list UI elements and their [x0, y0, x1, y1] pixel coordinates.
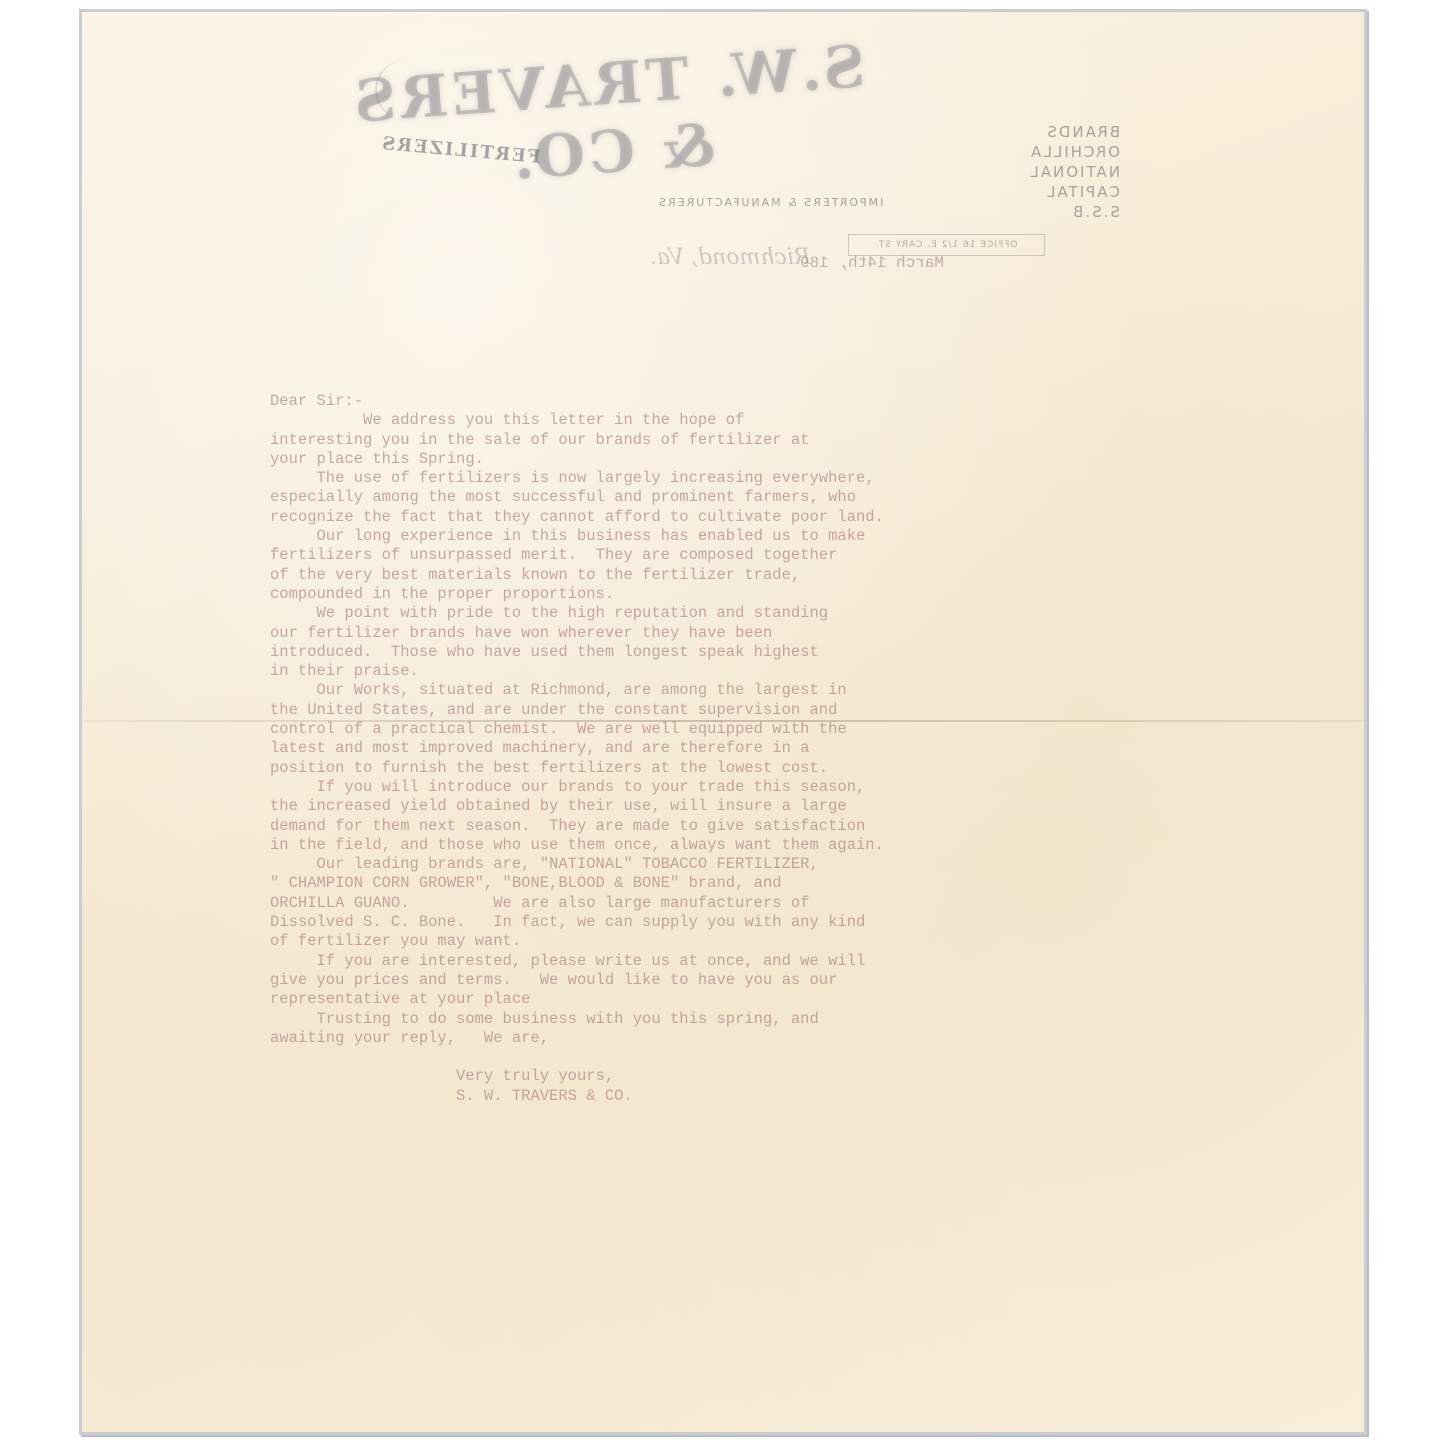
company-tagline: IMPORTERS & MANUFACTURERS	[630, 196, 910, 209]
letter-body: Dear Sir:- We address you this letter in…	[270, 392, 1170, 1106]
letter-line: Dissolved S. C. Bone. In fact, we can su…	[270, 913, 1170, 932]
letter-line: interesting you in the sale of our brand…	[270, 431, 1170, 450]
letter-line: S. W. TRAVERS & CO.	[270, 1087, 1170, 1106]
letter-line: especially among the most successful and…	[270, 488, 1170, 507]
letter-line: demand for them next season. They are ma…	[270, 817, 1170, 836]
letter-line: latest and most improved machinery, and …	[270, 739, 1170, 758]
letter-line: Very truly yours,	[270, 1067, 1170, 1086]
letter-line: the United States, and are under the con…	[270, 701, 1170, 720]
letter-line: Our long experience in this business has…	[270, 527, 1170, 546]
letter-line: We point with pride to the high reputati…	[270, 604, 1170, 623]
letter-line: in the field, and those who use them onc…	[270, 836, 1170, 855]
brands-heading: BRANDS	[1020, 122, 1120, 142]
product-heading: FERTILIZERS	[360, 140, 560, 161]
brand-item: ORCHILLA	[1020, 142, 1120, 162]
letter-line: awaiting your reply, We are,	[270, 1029, 1170, 1048]
letter-line: the increased yield obtained by their us…	[270, 797, 1170, 816]
brand-item: S.S.B	[1020, 202, 1120, 222]
letter-line: If you are interested, please write us a…	[270, 952, 1170, 971]
letter-line: representative at your place	[270, 990, 1170, 1009]
letter-line: recognize the fact that they cannot affo…	[270, 508, 1170, 527]
letter-line: of the very best materials known to the …	[270, 566, 1170, 585]
letter-line: If you will introduce our brands to your…	[270, 778, 1170, 797]
letter-line: ORCHILLA GUANO. We are also large manufa…	[270, 894, 1170, 913]
letter-line	[270, 1048, 1170, 1067]
letter-line: control of a practical chemist. We are w…	[270, 720, 1170, 739]
letter-line: position to furnish the best fertilizers…	[270, 759, 1170, 778]
letter-date: March 14th, 189	[800, 254, 944, 272]
letter-line: compounded in the proper proportions.	[270, 585, 1170, 604]
letter-line: Our leading brands are, "NATIONAL" TOBAC…	[270, 855, 1170, 874]
letter-line: your place this Spring.	[270, 450, 1170, 469]
brands-list: BRANDS ORCHILLA NATIONAL CAPITAL S.S.B	[1020, 122, 1120, 222]
letter-line: We address you this letter in the hope o…	[270, 411, 1170, 430]
city-script: Richmond, Va.	[650, 245, 810, 270]
letter-line: in their praise.	[270, 662, 1170, 681]
office-address-box: OFFICE 16 1/2 E. CARY ST.	[848, 234, 1045, 256]
letter-line: Our Works, situated at Richmond, are amo…	[270, 681, 1170, 700]
letter-line: introduced. Those who have used them lon…	[270, 643, 1170, 662]
letter-line: Trusting to do some business with you th…	[270, 1010, 1170, 1029]
letter-line: give you prices and terms. We would like…	[270, 971, 1170, 990]
letter-line: The use of fertilizers is now largely in…	[270, 469, 1170, 488]
letter-line: fertilizers of unsurpassed merit. They a…	[270, 546, 1170, 565]
brand-item: NATIONAL	[1020, 162, 1120, 182]
letter-line: of fertilizer you may want.	[270, 932, 1170, 951]
letter-line: Dear Sir:-	[270, 392, 1170, 411]
letter-line: our fertilizer brands have won wherever …	[270, 624, 1170, 643]
company-name: S.W. TRAVERS & CO.	[330, 50, 890, 186]
brand-item: CAPITAL	[1020, 182, 1120, 202]
letter-line: " CHAMPION CORN GROWER", "BONE,BLOOD & B…	[270, 874, 1170, 893]
